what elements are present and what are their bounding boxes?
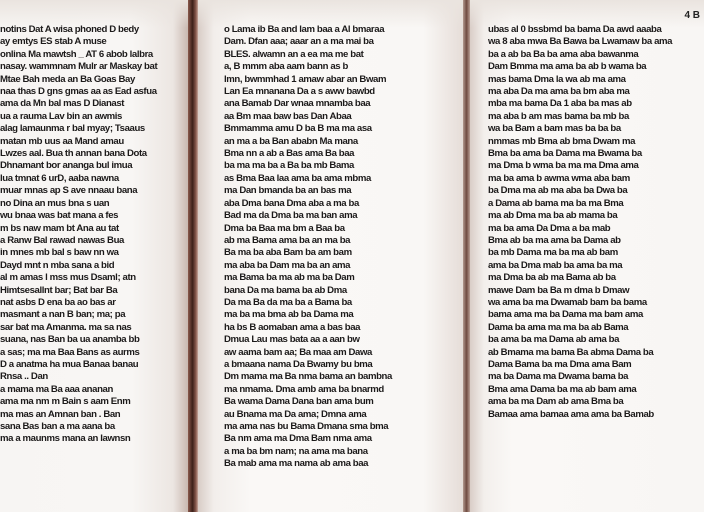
text-line: aa Bm maa baw bas Dan Abaa	[224, 111, 452, 123]
text-line: onlina Ma mawtsh _ AT 6 abob lalbra	[0, 49, 160, 61]
text-line: bama ama ma ba Dama ma bam ama	[488, 309, 704, 321]
text-line: suana, nas Ban ba ua anamba bb	[0, 334, 160, 346]
right-page-text: ubas al 0 bssbmd ba bama Da awd aaabawa …	[488, 24, 704, 421]
text-line: lmn, bwmmhad 1 amaw abar an Bwam	[224, 74, 452, 86]
text-line: ma mas an Amnan ban . Ban	[0, 409, 160, 421]
text-line: ba ama ba ma Dama ab ama ba	[488, 334, 704, 346]
text-line: Mtae Bah meda an Ba Goas Bay	[0, 74, 160, 86]
text-line: ma a maunms mana an Iawnsn	[0, 433, 160, 445]
text-line: muar mnas ap S ave nnaau bana	[0, 185, 160, 197]
text-line: ama ma nm m Bain s aam Enm	[0, 396, 160, 408]
text-line: notins Dat A wisa phoned D bedy	[0, 24, 160, 36]
text-line: sar bat ma Amanma. ma sa nas	[0, 322, 160, 334]
text-line: ma ba Dama ma Dwama bama ba	[488, 371, 704, 383]
open-book-photo: notins Dat A wisa phoned D bedyay emtys …	[0, 0, 704, 512]
text-line: ba a ab ba Ba ba ama aba bawanma	[488, 49, 704, 61]
text-line: ma aba b am mas bama ba mb ba	[488, 111, 704, 123]
text-line: wu bnaa was bat mana a fes	[0, 210, 160, 222]
text-line: ua a rauma Lav bin an awmis	[0, 111, 160, 123]
left-page: notins Dat A wisa phoned D bedyay emtys …	[0, 0, 188, 512]
text-line: ma ama nas bu Bama Dmana sma bma	[224, 421, 452, 433]
text-line: Ba wama Dama Dana ban ama bum	[224, 396, 452, 408]
text-line: wa ama ba ma Dwamab bam ba bama	[488, 297, 704, 309]
text-line: Dama Bama ba ma Dma ama Bam	[488, 359, 704, 371]
text-line: Himtsesallnt bar; Bat bar Ba	[0, 285, 160, 297]
text-line: ma ba ama Da Dma a ba mab	[488, 223, 704, 235]
text-line: Dam Bmma ma ama ba ab b wama ba	[488, 61, 704, 73]
text-line: a ma ba bm nam; na ama ma bana	[224, 446, 452, 458]
text-line: Dayd mnt n mba sana a bid	[0, 260, 160, 272]
text-line: Bamaa ama bamaa ama ama ba Bamab	[488, 409, 704, 421]
text-line: Ba ma ba aba Bam ba am bam	[224, 247, 452, 259]
text-line: ama ba ma Dam ab ama Bma ba	[488, 396, 704, 408]
text-line: ab Bmama ma bama Ba abma Dama ba	[488, 347, 704, 359]
text-line: ma nmama. Dma amb ama ba bnarmd	[224, 384, 452, 396]
text-line: ma ba ama b awma wma aba bam	[488, 173, 704, 185]
text-line: ama da Mn bal mas D Dianast	[0, 98, 160, 110]
text-line: ana Bamab Dar wnaa mnamba baa	[224, 98, 452, 110]
middle-page: o Lama ib Ba and lam baa a Al bmaraaDam.…	[198, 0, 463, 512]
text-line: BLES. alwamn an a ea ma me bat	[224, 49, 452, 61]
text-line: ama ba Dma mab ba ama ba ma	[488, 260, 704, 272]
right-page: 4 B ubas al 0 bssbmd ba bama Da awd aaab…	[470, 0, 704, 512]
text-line: a, B mmm aba aam bann as b	[224, 61, 452, 73]
text-line: wa 8 aba mwa Ba Bawa ba Lwamaw ba ama	[488, 36, 704, 48]
text-line: Bma ab ba ma ama ba Dama ab	[488, 235, 704, 247]
text-line: Rnsa .. Dan	[0, 371, 160, 383]
text-line: Da ma Ba da ma ba a Bama ba	[224, 297, 452, 309]
text-line: Bma ama Dama ba ma ab bam ama	[488, 384, 704, 396]
text-line: alag lamaunma r bal myay; Tsaaus	[0, 123, 160, 135]
text-line: an ma a ba Ban ababn Ma mana	[224, 136, 452, 148]
text-line: no Dina an mus bna s uan	[0, 198, 160, 210]
text-line: ba Dma ma ab ma aba ba Dwa ba	[488, 185, 704, 197]
text-line: mba ma bama Da 1 aba ba mas ab	[488, 98, 704, 110]
text-line: au Bnama ma Da ama; Dmna ama	[224, 409, 452, 421]
text-line: ma Dma ba ab ma Bama ab ba	[488, 272, 704, 284]
text-line: a Dama ab bama ma ba ma Bma	[488, 198, 704, 210]
text-line: a Ranw Bal rawad nawas Bua	[0, 235, 160, 247]
text-line: nat asbs D ena ba ao bas ar	[0, 297, 160, 309]
page-number: 4 B	[684, 10, 700, 21]
text-line: ha bs B aomaban ama a bas baa	[224, 322, 452, 334]
left-page-text: notins Dat A wisa phoned D bedyay emtys …	[0, 24, 160, 446]
text-line: m bs naw mam bt Ana au tat	[0, 223, 160, 235]
text-line: masmant a nan B ban; ma; pa	[0, 309, 160, 321]
text-line: ma ab Dma ma ba ab mama ba	[488, 210, 704, 222]
text-line: Dmua Lau mas bata aa a aan bw	[224, 334, 452, 346]
text-line: bana Da ma bama ba ab Dma	[224, 285, 452, 297]
text-line: mas bama Dma la wa ab ma ama	[488, 74, 704, 86]
text-line: ma Dan bmanda ba an bas ma	[224, 185, 452, 197]
text-line: Lan Ea mnanana Da a s aww bawbd	[224, 86, 452, 98]
text-line: o Lama ib Ba and lam baa a Al bmaraa	[224, 24, 452, 36]
text-line: ma aba ba Dam ma ba an ama	[224, 260, 452, 272]
text-line: Bmmamma amu D ba B ma ma asa	[224, 123, 452, 135]
text-line: a mama ma Ba aaa ananan	[0, 384, 160, 396]
text-line: D a anatma ha mua Banaa banau	[0, 359, 160, 371]
text-line: as Bma Baa laa ama ba ama mbma	[224, 173, 452, 185]
text-line: ab ma Bama ama ba an ma ba	[224, 235, 452, 247]
text-line: ma ba ma bma ab ba Dama ma	[224, 309, 452, 321]
text-line: lua tmnat 6 urD, aaba nawna	[0, 173, 160, 185]
text-line: Dm mama ma Ba nma bama an bambna	[224, 371, 452, 383]
text-line: Dma ba Baa ma bm a Baa ba	[224, 223, 452, 235]
text-line: ay emtys ES stab A muse	[0, 36, 160, 48]
text-line: Ba mab ama ma nama ab ama baa	[224, 458, 452, 470]
text-line: ma Bama ba ma ab ma ba Dam	[224, 272, 452, 284]
text-line: mawe Dam ba Ba m dma b Dmaw	[488, 285, 704, 297]
text-line: Lwzes aal. Bua th annan bana Dota	[0, 148, 160, 160]
text-line: sana Bas ban a ma aana ba	[0, 421, 160, 433]
text-line: aw aama bam aa; Ba maa am Dawa	[224, 347, 452, 359]
text-line: wa ba Bam a bam mas ba ba ba	[488, 123, 704, 135]
text-line: nmmas mb Bma ab bma Dwam ma	[488, 136, 704, 148]
text-line: Dhnamant bor ananga bul imua	[0, 160, 160, 172]
middle-page-text: o Lama ib Ba and lam baa a Al bmaraaDam.…	[224, 24, 452, 471]
text-line: in mnes mb bal s baw nn wa	[0, 247, 160, 259]
text-line: a bmaana nama Da Bwamy bu bma	[224, 359, 452, 371]
text-line: Dama ba ama ma ma ba ab Bama	[488, 322, 704, 334]
text-line: Dam. Dfan aaa; aaar an a ma mai ba	[224, 36, 452, 48]
text-line: ubas al 0 bssbmd ba bama Da awd aaaba	[488, 24, 704, 36]
text-line: Bma ba ama ba Dama ma Bwama ba	[488, 148, 704, 160]
text-line: al m amas l mss mus Dsaml; atn	[0, 272, 160, 284]
text-line: ba mb Dama ma ba ma ab bam	[488, 247, 704, 259]
text-line: a sas; ma ma Baa Bans as aurms	[0, 347, 160, 359]
text-line: Ba nm ama ma Dma Bam nma ama	[224, 433, 452, 445]
text-line: Bad ma da Dma ba ma ban ama	[224, 210, 452, 222]
text-line: aba Dma bana Dma aba a ma ba	[224, 198, 452, 210]
text-line: matan mb uus aa Mand amau	[0, 136, 160, 148]
text-line: nasay. wammnam Mulr ar Maskay bat	[0, 61, 160, 73]
text-line: ba ma ma ba a Ba ba mb Bama	[224, 160, 452, 172]
text-line: ma Dma b wma ba ma ma Dma ama	[488, 160, 704, 172]
text-line: naa thas D gns gmas aa as Ead asfua	[0, 86, 160, 98]
book-spine-gutter	[188, 0, 198, 512]
text-line: Bma nn a ab a Bas ama Ba baa	[224, 148, 452, 160]
page-fold-gutter	[463, 0, 470, 512]
text-line: ma aba Da ma ama ba bm aba ma	[488, 86, 704, 98]
